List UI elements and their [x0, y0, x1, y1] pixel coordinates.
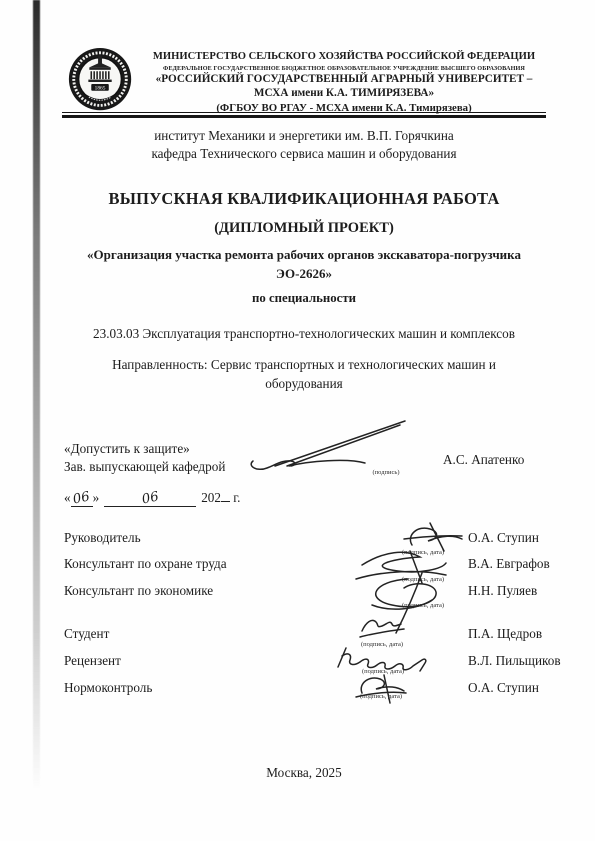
safety-consultant-name: В.А. Евграфов: [468, 556, 550, 572]
scan-binding-shadow: [33, 0, 40, 790]
university-emblem-icon: 1865: [64, 46, 138, 118]
safety-consultant-role: Консультант по охране труда: [64, 556, 227, 572]
approval-date-line: «06»06202 г.: [64, 490, 240, 507]
ministry-line: МИНИСТЕРСТВО СЕЛЬСКОГО ХОЗЯЙСТВА РОССИЙС…: [144, 51, 544, 64]
norm-control-signature-caption: (подпись, дата): [348, 693, 414, 700]
institute-block: институт Механики и энергетики им. В.П. …: [60, 127, 548, 163]
head-signature-caption: (подпись): [356, 469, 416, 476]
supervisor-role: Руководитель: [64, 530, 141, 546]
date-year-label: 202: [201, 490, 221, 505]
handwritten-month: 06: [140, 489, 160, 507]
topic-line1: «Организация участка ремонта рабочих орг…: [60, 246, 548, 265]
supervisor-name: О.А. Ступин: [468, 530, 539, 546]
head-of-department-label: Зав. выпускающей кафедрой: [64, 459, 225, 475]
date-quote-close: »: [93, 490, 100, 505]
student-role: Студент: [64, 626, 109, 642]
permit-to-defense-label: «Допустить к защите»: [64, 441, 190, 457]
norm-control-role: Нормоконтроль: [64, 680, 152, 696]
specialty-label: по специальности: [60, 291, 548, 306]
city-year: Москва, 2025: [60, 765, 548, 781]
institute-line: институт Механики и энергетики им. В.П. …: [60, 127, 548, 145]
student-name: П.А. Щедров: [468, 626, 542, 642]
economics-consultant-name: Н.Н. Пуляев: [468, 583, 537, 599]
university-name-line1: «РОССИЙСКИЙ ГОСУДАРСТВЕННЫЙ АГРАРНЫЙ УНИ…: [144, 73, 544, 87]
economics-consultant-signature-caption: (подпись, дата): [392, 602, 454, 609]
handwritten-day: 06: [72, 489, 92, 507]
work-topic: «Организация участка ремонта рабочих орг…: [60, 246, 548, 284]
date-month-blank: 06: [104, 490, 196, 507]
date-year-blank: [221, 501, 230, 502]
document-page: 1865 МИНИСТЕРСТВО СЕЛЬСКОГО ХОЗЯЙСТВА РО…: [0, 0, 595, 841]
date-day-blank: 06: [71, 490, 93, 507]
direction-line2: оборудования: [60, 374, 548, 393]
work-title: ВЫПУСКНАЯ КВАЛИФИКАЦИОННАЯ РАБОТА: [60, 189, 548, 209]
reviewer-name: В.Л. Пильщиков: [468, 653, 561, 669]
university-name-line2: МСХА имени К.А. ТИМИРЯЗЕВА»: [144, 87, 544, 101]
direction-line1: Направленность: Сервис транспортных и те…: [60, 355, 548, 374]
economics-consultant-role: Консультант по экономике: [64, 583, 213, 599]
date-quote-open: «: [64, 490, 71, 505]
ministry-header-text: МИНИСТЕРСТВО СЕЛЬСКОГО ХОЗЯЙСТВА РОССИЙС…: [144, 46, 544, 115]
date-year-suffix: г.: [233, 490, 240, 505]
head-signature: [243, 414, 423, 474]
reviewer-role: Рецензент: [64, 653, 121, 669]
norm-control-name: О.А. Ступин: [468, 680, 539, 696]
head-name: А.С. Апатенко: [443, 452, 524, 468]
specialty-line: 23.03.03 Эксплуатация транспортно-технол…: [60, 326, 548, 342]
logo-year-text: 1865: [95, 86, 106, 92]
student-signature: [352, 615, 412, 642]
header-divider-rule: [62, 112, 546, 118]
institution-type-line: ФЕДЕРАЛЬНОЕ ГОСУДАРСТВЕННОЕ БЮДЖЕТНОЕ ОБ…: [144, 65, 544, 73]
topic-line2: ЭО-2626»: [60, 265, 548, 284]
work-subtitle: (ДИПЛОМНЫЙ ПРОЕКТ): [60, 220, 548, 237]
direction-block: Направленность: Сервис транспортных и те…: [60, 355, 548, 393]
norm-control-signature: [348, 669, 418, 707]
department-line: кафедра Технического сервиса машин и обо…: [60, 145, 548, 163]
